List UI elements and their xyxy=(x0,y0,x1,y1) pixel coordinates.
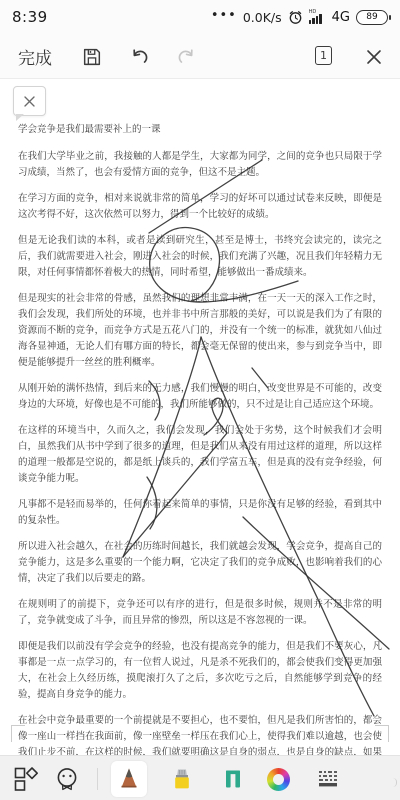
paragraph: 从刚开始的满怀热情，到后来的无力感，我们慢慢的明白，改变世界是不可能的，改变身边… xyxy=(18,381,382,413)
save-button[interactable] xyxy=(78,43,106,71)
marker-tool-button[interactable] xyxy=(164,761,200,797)
toolbar-divider xyxy=(97,768,98,790)
save-icon xyxy=(81,46,103,68)
battery-percent: 89 xyxy=(366,12,377,22)
text-tool-button[interactable] xyxy=(310,761,346,797)
close-icon xyxy=(364,47,384,67)
notification-dots-icon: ••• xyxy=(211,9,237,22)
pen-tool-button[interactable] xyxy=(111,761,147,797)
paragraph: 但是现实的社会非常的骨感，虽然我们的理想非常丰满，在一天一天的深入工作之时，我们… xyxy=(18,291,382,371)
app-screen: 8:39 ••• 0.0K/s HD 4G 89 完成 xyxy=(0,0,400,800)
page-number: 1 xyxy=(320,49,327,62)
document-body: 学会竞争是我们最需要补上的一课 在我们大学毕业之前，我接触的人都是学生，大家都为… xyxy=(18,122,382,800)
undo-icon xyxy=(128,45,152,69)
document-title: 学会竞争是我们最需要补上的一课 xyxy=(18,122,382,138)
text-lines-icon xyxy=(315,766,341,792)
page-corner-mark-right xyxy=(375,725,389,742)
paragraph: 但是无论我们读的本科，或者是读到研究生，甚至是博士，书终究会读完的，读完之后，我… xyxy=(18,233,382,281)
color-picker-button[interactable] xyxy=(260,761,296,797)
paragraph: 在规则明了的前提下，竞争还可以有序的进行，但是很多时候，规则并不是非常的明了，竞… xyxy=(18,597,382,629)
marker-icon xyxy=(169,766,195,792)
signal-hd-icon: HD xyxy=(309,10,326,24)
color-wheel-icon xyxy=(267,768,290,791)
overflow-hint-icon xyxy=(392,778,397,787)
top-toolbar: 完成 1 xyxy=(0,34,400,79)
status-bar: 8:39 ••• 0.0K/s HD 4G 89 xyxy=(0,0,400,34)
page-indicator[interactable]: 1 xyxy=(315,46,332,65)
close-button[interactable] xyxy=(360,43,388,71)
alarm-icon xyxy=(288,10,303,25)
paragraph: 在我们大学毕业之前，我接触的人都是学生，大家都为同学，之间的竞争也只局限于学习成… xyxy=(18,149,382,181)
shapes-icon xyxy=(13,766,39,792)
redo-button[interactable] xyxy=(172,43,200,71)
paragraph: 凡事都不是轻而易举的，任何你看起来简单的事情，只是你没有足够的经验，看到其中的复… xyxy=(18,497,382,529)
mosaic-icon xyxy=(220,766,246,792)
shapes-tool-button[interactable] xyxy=(8,761,44,797)
network-type-badge: 4G xyxy=(332,10,350,25)
paragraph: 即便是我们以前没有学会竞争的经验，也没有提高竞争的能力，但是我们不要灰心，凡事都… xyxy=(18,639,382,703)
pen-icon xyxy=(116,766,142,792)
redo-icon xyxy=(174,45,198,69)
paragraph: 在这样的环境当中，久而久之，我们会发现，我们会处于劣势，这个时候我们才会明白，虽… xyxy=(18,423,382,487)
mosaic-tool-button[interactable] xyxy=(215,761,251,797)
network-speed: 0.0K/s xyxy=(243,10,282,25)
bottom-toolbar xyxy=(0,755,400,800)
page-corner-mark-left xyxy=(11,725,25,742)
battery-icon: 89 xyxy=(356,10,388,25)
sticker-tool-button[interactable] xyxy=(49,761,85,797)
document-paragraphs: 在我们大学毕业之前，我接触的人都是学生，大家都为同学，之间的竞争也只局限于学习成… xyxy=(18,149,382,793)
annotation-canvas[interactable]: 学会竞争是我们最需要补上的一课 在我们大学毕业之前，我接触的人都是学生，大家都为… xyxy=(0,80,400,755)
close-icon xyxy=(22,94,37,109)
sticker-face-icon xyxy=(54,766,80,792)
done-button[interactable]: 完成 xyxy=(18,44,52,69)
undo-button[interactable] xyxy=(126,43,154,71)
paragraph: 所以进入社会越久，在社会的历练时间越长，我们就越会发现，学会竞争，提高自己的竞争… xyxy=(18,539,382,587)
dismiss-annotation-button[interactable] xyxy=(13,86,46,116)
paragraph: 在学习方面的竞争，相对来说就非常的简单，学习的好坏可以通过试卷来反映，即便是这次… xyxy=(18,191,382,223)
clock-time: 8:39 xyxy=(12,8,48,26)
